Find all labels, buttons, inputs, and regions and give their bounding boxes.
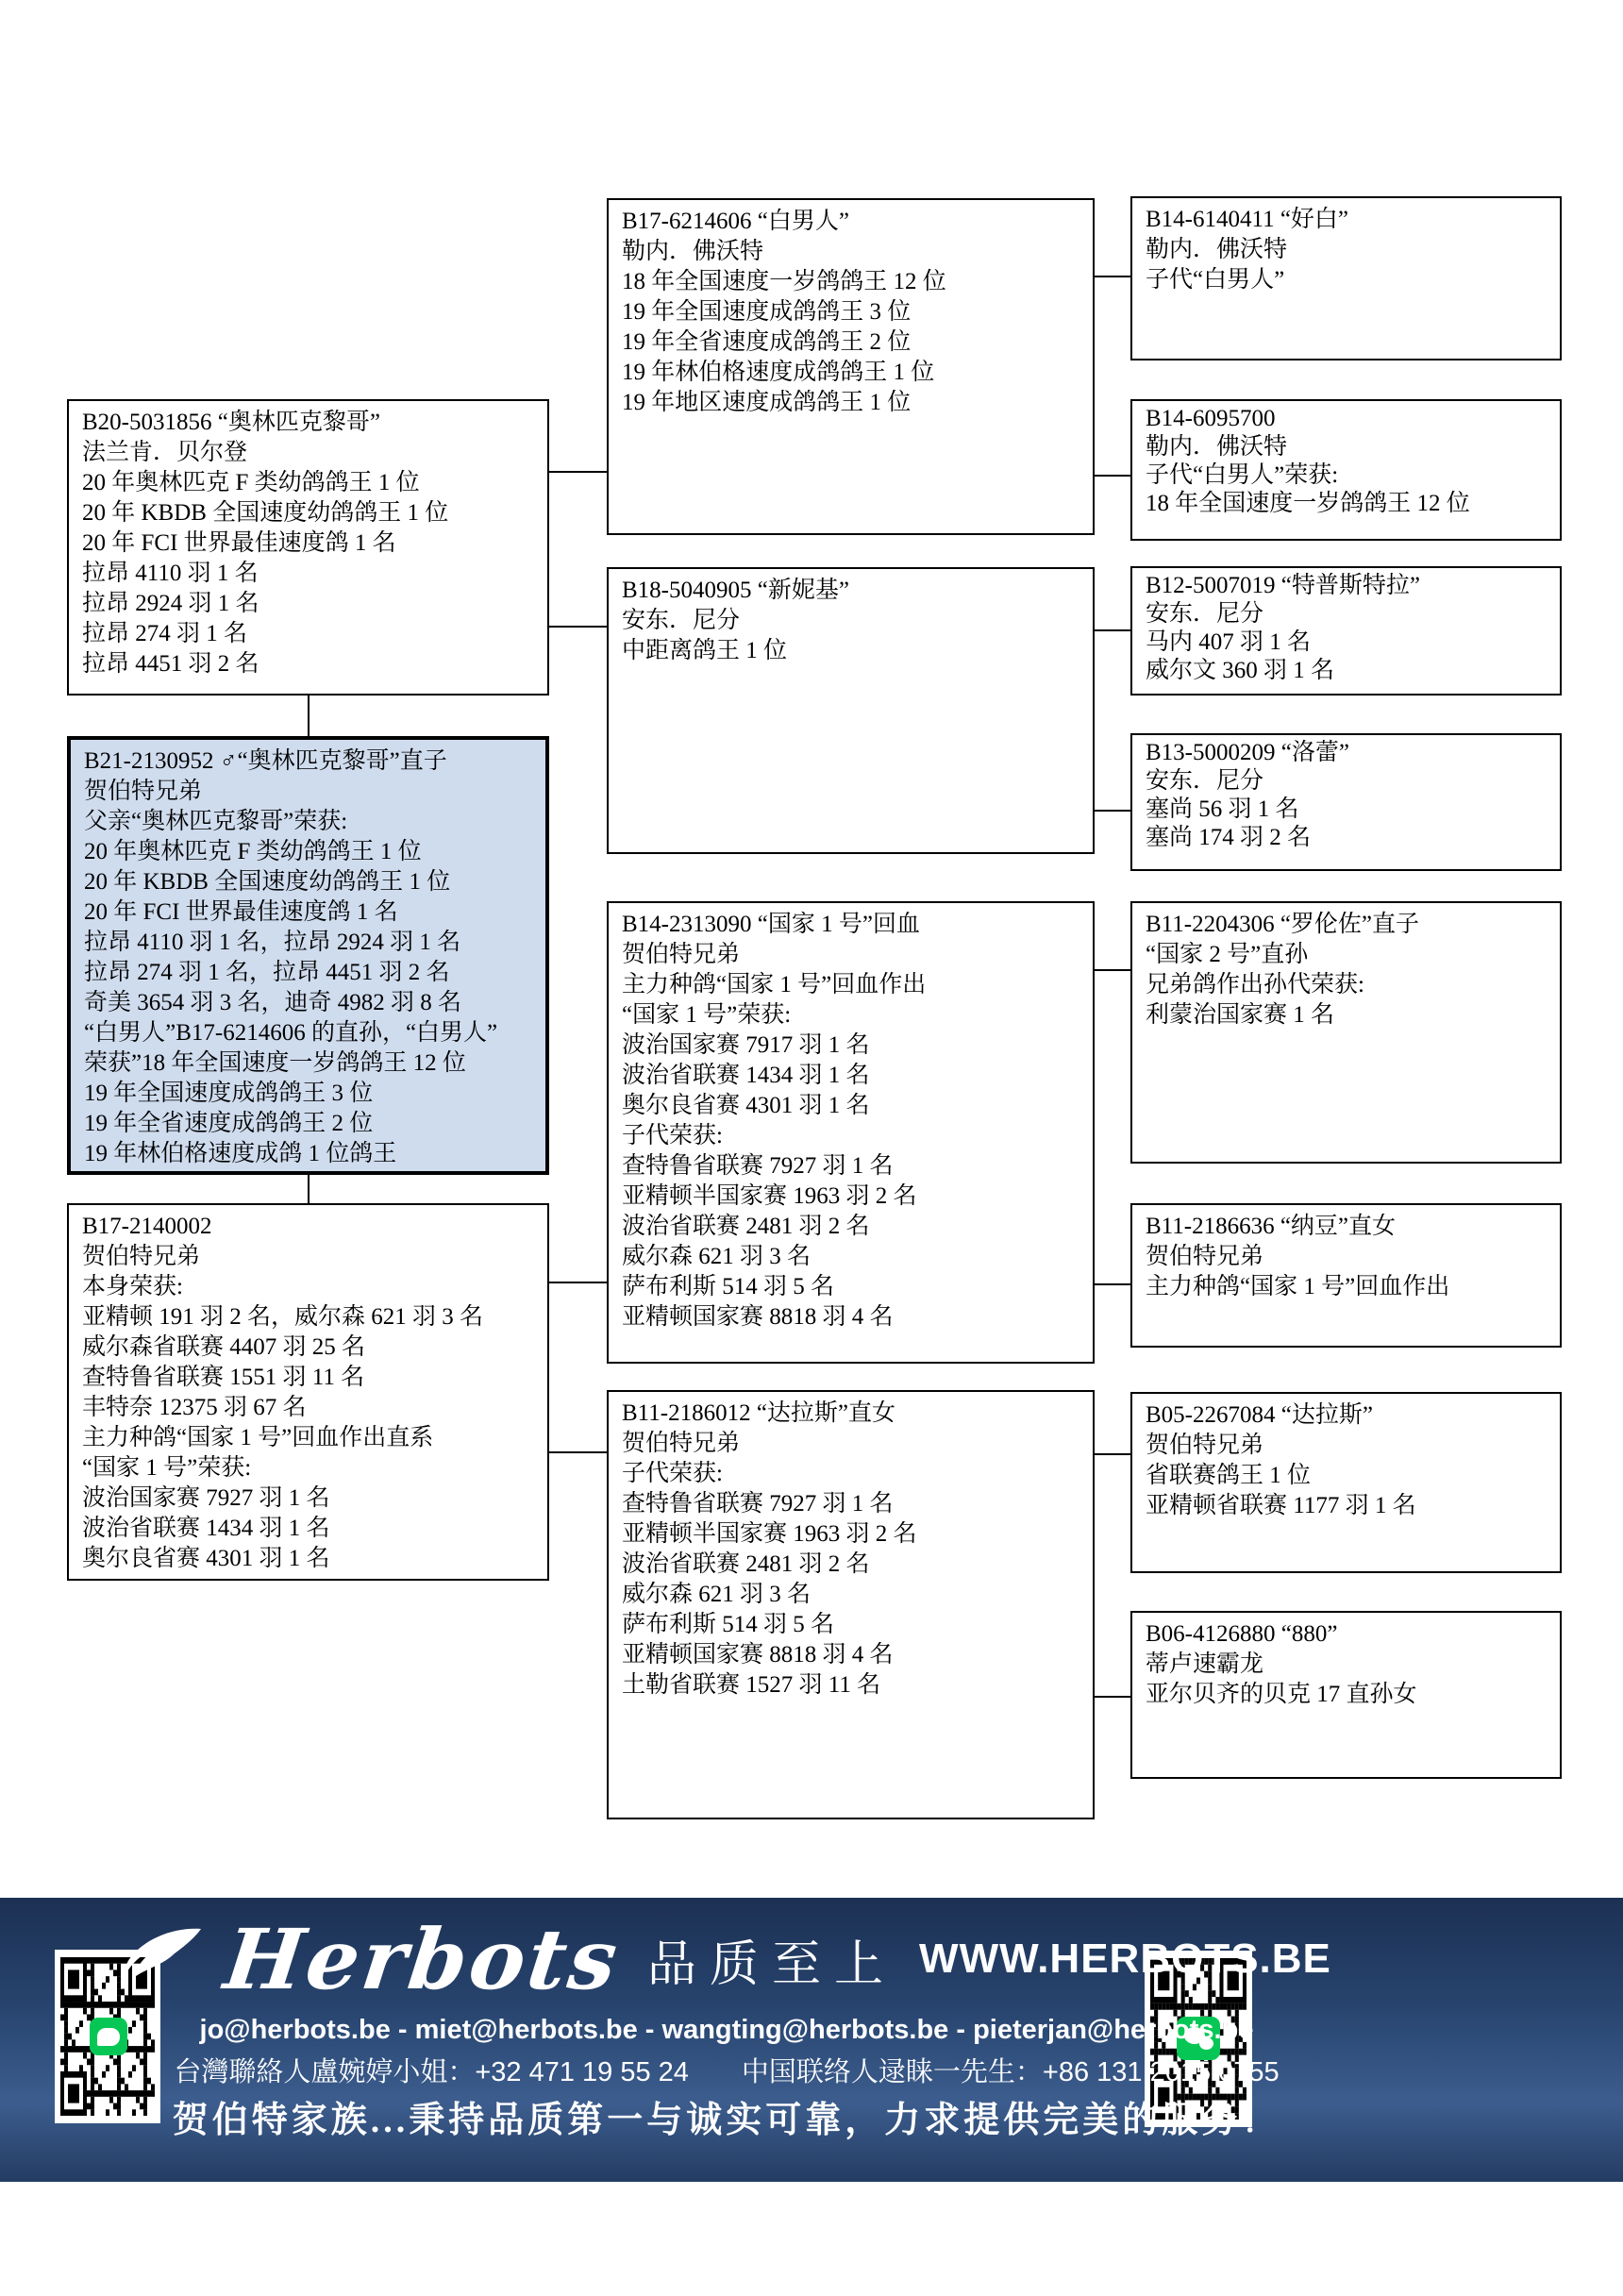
pedigree-box-b14-2313090: B14-2313090 “国家 1 号”回血贺伯特兄弟主力种鸽“国家 1 号”回… xyxy=(607,901,1095,1364)
connector-b20-to-b18-5040905 xyxy=(549,626,607,628)
pedigree-box-b17-6214606: B17-6214606 “白男人”勒内．佛沃特18 年全国速度一岁鸽鸽王 12 … xyxy=(607,198,1095,535)
connector-to-b05-2267084 xyxy=(1095,1453,1130,1455)
connector-to-b11-2204306 xyxy=(1095,969,1130,971)
pedigree-page: B20-5031856 “奥林匹克黎哥”法兰肯．贝尔登20 年奥林匹克 F 类幼… xyxy=(0,0,1623,2296)
brand-logo-text: Herbots xyxy=(221,1918,625,2001)
connector-b20-to-b21 xyxy=(308,696,310,736)
pedigree-box-b11-2186636: B11-2186636 “纳豆”直女贺伯特兄弟主力种鸽“国家 1 号”回血作出 xyxy=(1130,1203,1562,1348)
pedigree-box-subject-b21-2130952: B21-2130952 ♂“奥林匹克黎哥”直子贺伯特兄弟父亲“奥林匹克黎哥”荣获… xyxy=(67,736,549,1175)
connector-b17-to-b11-2186012 xyxy=(549,1451,607,1453)
pedigree-box-b14-6095700: B14-6095700勒内．佛沃特子代“白男人”荣获:18 年全国速度一岁鸽鸽王… xyxy=(1130,399,1562,541)
contact-phones: 台灣聯絡人盧婉婷小姐：+32 471 19 55 24 中国联络人逯睐一先生：+… xyxy=(170,2051,1283,2089)
pedigree-box-dam-b17-2140002: B17-2140002贺伯特兄弟本身荣获:亚精顿 191 羽 2 名，威尔森 6… xyxy=(67,1203,549,1581)
pedigree-box-b11-2204306: B11-2204306 “罗伦佐”直子“国家 2 号”直孙兄弟鸽作出孙代荣获:利… xyxy=(1130,901,1562,1164)
feather-icon xyxy=(122,1927,203,1982)
brand-row: Herbots 品质至上 WWW.HERBOTS.BE xyxy=(170,1913,1283,2005)
taiwan-contact: 台灣聯絡人盧婉婷小姐：+32 471 19 55 24 xyxy=(174,2051,689,2089)
connector-b21-to-b17 xyxy=(308,1175,310,1203)
connector-to-b13-5000209 xyxy=(1095,810,1130,812)
website-url: WWW.HERBOTS.BE xyxy=(919,1936,1331,1983)
contact-emails: jo@herbots.be - miet@herbots.be - wangti… xyxy=(170,2015,1283,2046)
line-icon xyxy=(90,2018,127,2055)
pedigree-box-b06-4126880: B06-4126880 “880”蒂卢速霸龙亚尔贝齐的贝克 17 直孙女 xyxy=(1130,1611,1562,1779)
pedigree-box-b05-2267084: B05-2267084 “达拉斯”贺伯特兄弟省联赛鸽王 1 位亚精顿省联赛 11… xyxy=(1130,1392,1562,1573)
pedigree-box-b13-5000209: B13-5000209 “洛蕾”安东．尼分塞尚 56 羽 1 名塞尚 174 羽… xyxy=(1130,733,1562,871)
connector-to-b14-6095700 xyxy=(1095,475,1130,477)
pedigree-box-b11-2186012: B11-2186012 “达拉斯”直女贺伯特兄弟子代荣获:查特鲁省联赛 7927… xyxy=(607,1390,1095,1819)
pedigree-box-sire-b20-5031856: B20-5031856 “奥林匹克黎哥”法兰肯．贝尔登20 年奥林匹克 F 类幼… xyxy=(67,399,549,696)
connector-to-b11-2186636 xyxy=(1095,1283,1130,1285)
connector-b17-to-b14-2313090 xyxy=(549,1282,607,1283)
pedigree-box-b14-6140411: B14-6140411 “好白”勒内．佛沃特子代“白男人” xyxy=(1130,196,1562,360)
brand-chinese-slogan: 品质至上 xyxy=(647,1924,896,1995)
footer-banner: Herbots 品质至上 WWW.HERBOTS.BE jo@herbots.b… xyxy=(0,1898,1623,2182)
pedigree-box-b12-5007019: B12-5007019 “特普斯特拉”安东．尼分马内 407 羽 1 名威尔文 … xyxy=(1130,566,1562,696)
connector-to-b12-5007019 xyxy=(1095,629,1130,631)
family-slogan: 贺伯特家族...秉持品质第一与诚实可靠，力求提供完美的服务！ xyxy=(170,2090,1283,2142)
connector-to-b14-6140411 xyxy=(1095,276,1130,277)
connector-to-b06-4126880 xyxy=(1095,1696,1130,1698)
connector-b20-to-b17-6214606 xyxy=(549,471,607,473)
pedigree-box-b18-5040905: B18-5040905 “新妮基”安东．尼分中距离鸽王 1 位 xyxy=(607,567,1095,854)
china-contact: 中国联络人逯睐一先生：+86 131 2015 0755 xyxy=(742,2051,1280,2089)
